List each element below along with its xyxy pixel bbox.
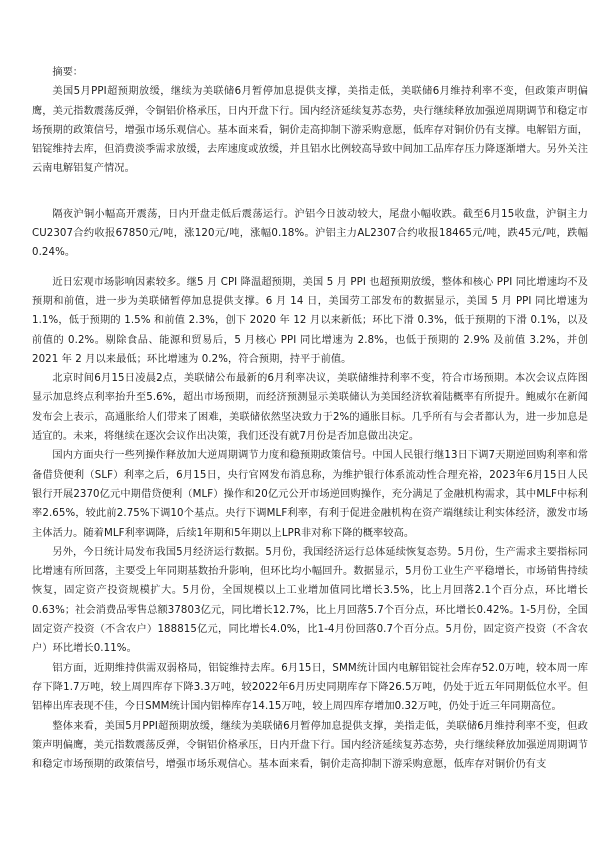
paragraph-gap: [32, 179, 588, 205]
paragraph-gap: [32, 263, 588, 273]
conclusion-paragraph: 整体来看，美国5月PPI超预期放缓，继续为美联储6月暂停加息提供支撑，美指走低，…: [32, 717, 588, 775]
document-page: 摘要： 美国5月PPI超预期放缓，继续为美联储6月暂停加息提供支撑，美指走低，美…: [32, 63, 588, 774]
market-review-paragraph: 隔夜沪铜小幅高开震荡，日内开盘走低后震荡运行。沪铝今日波动较大，尾盘小幅收跌。截…: [32, 205, 588, 263]
aluminum-inventory-paragraph: 铝方面，近期维持供需双弱格局，铝锭维持去库。6月15日，SMM统计国内电解铝锭社…: [32, 659, 588, 717]
summary-label: 摘要：: [32, 63, 588, 82]
pboc-policy-paragraph: 国内方面央行一些列操作释放加大逆周期调节力度和稳预期政策信号。中国人民银行继13…: [32, 446, 588, 542]
economic-data-paragraph: 另外，今日统计局发布我国5月经济运行数据。5月份，我国经济运行总体延续恢复态势。…: [32, 543, 588, 659]
fed-decision-paragraph: 北京时间6月15日凌晨2点，美联储公布最新的6月利率决议，美联储维持利率不变，符…: [32, 369, 588, 446]
macro-ppi-paragraph: 近日宏观市场影响因素较多。继5 月 CPI 降温超预期，美国 5 月 PPI 也…: [32, 273, 588, 369]
summary-paragraph: 美国5月PPI超预期放缓，继续为美联储6月暂停加息提供支撑，美指走低，美联储6月…: [32, 82, 588, 178]
